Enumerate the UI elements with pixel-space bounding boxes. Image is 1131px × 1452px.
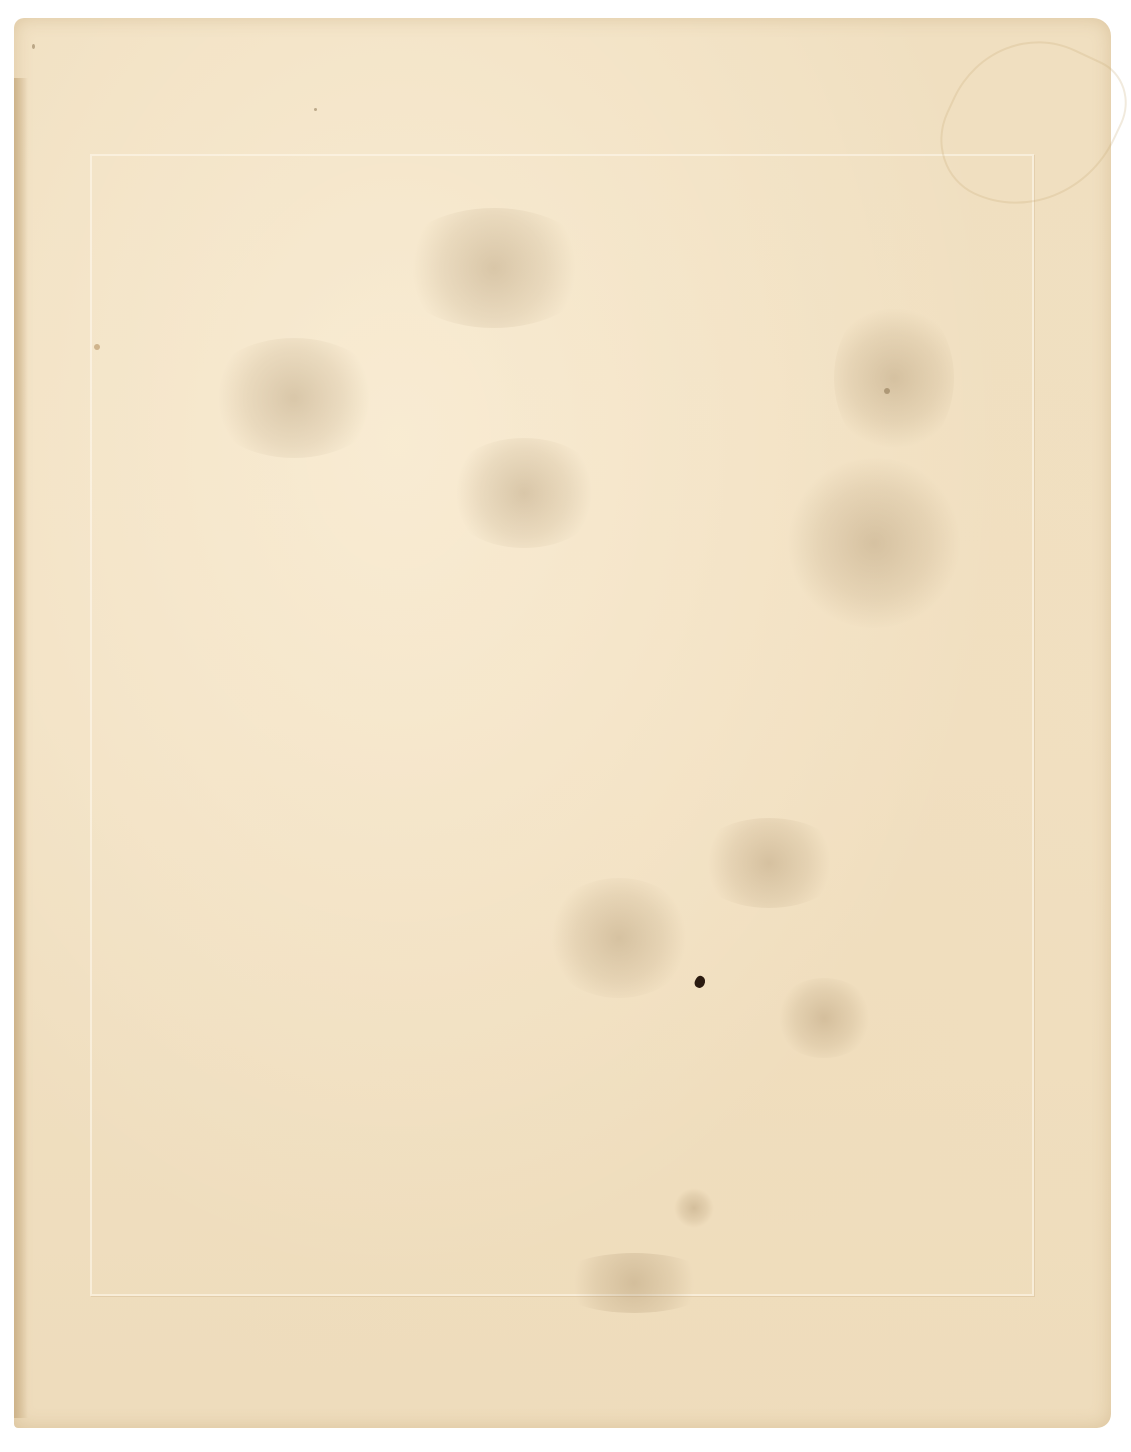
foxing-spot	[444, 438, 604, 548]
dirt-speck	[884, 388, 890, 394]
foxing-spot	[784, 458, 964, 628]
foxing-spot	[394, 208, 594, 328]
foxing-spot	[204, 338, 384, 458]
foxing-spot	[544, 878, 694, 998]
foxing-spot	[774, 978, 874, 1058]
foxing-spot	[834, 298, 954, 458]
paper-sheet	[14, 18, 1111, 1428]
foxing-spot	[674, 1188, 714, 1228]
dirt-speck	[314, 108, 317, 111]
foxing-spot	[694, 818, 844, 908]
dirt-speck	[94, 344, 100, 350]
dirt-speck	[32, 44, 35, 49]
paper-edge-discoloration	[14, 78, 28, 1418]
foxing-spot	[554, 1253, 714, 1313]
